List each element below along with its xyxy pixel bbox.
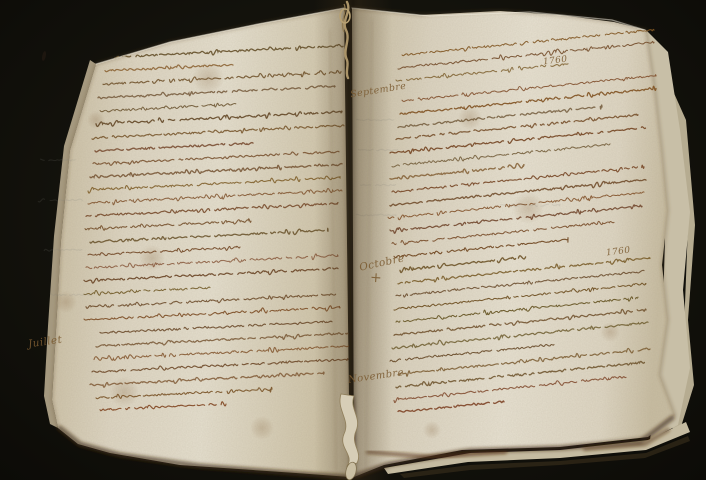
manuscript-photo: Juillet Septembre Octobre + Novembre 176…	[0, 0, 706, 480]
binding-hole	[41, 51, 47, 62]
manuscript-scene	[0, 0, 706, 480]
